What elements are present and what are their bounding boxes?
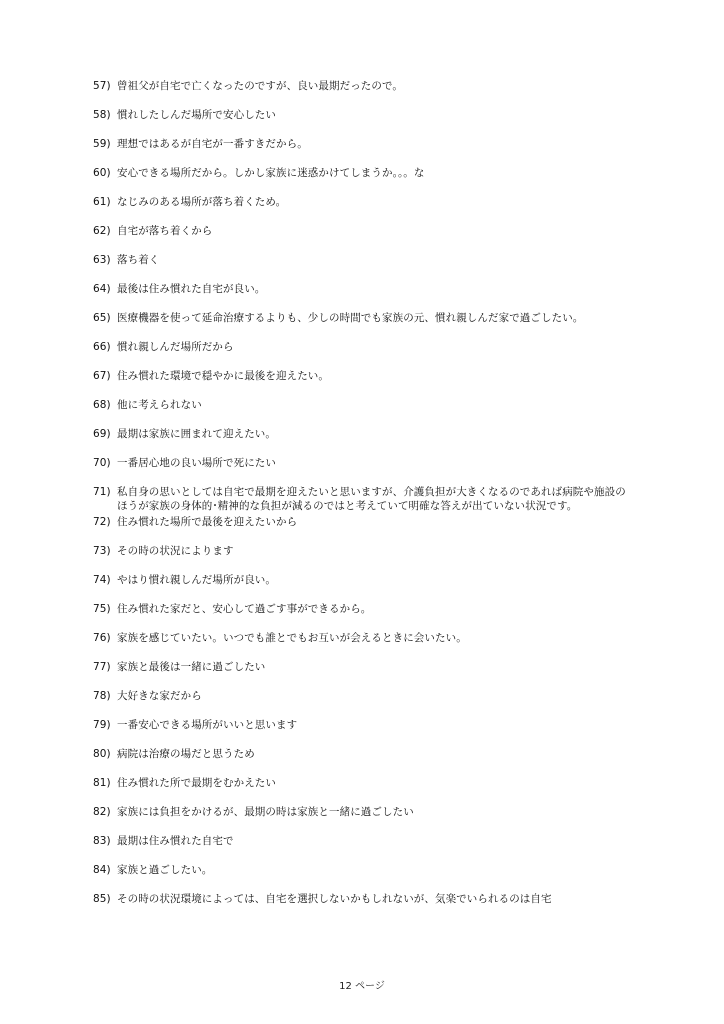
item-number: 59)	[93, 137, 117, 151]
item-text: 最後は住み慣れた自宅が良い。	[117, 282, 633, 296]
item-number: 83)	[93, 834, 117, 848]
item-text: 私自身の思いとしては自宅で最期を迎えたいと思いますが、介護負担が大きくなるのであ…	[117, 485, 633, 513]
list-item: 70)一番居心地の良い場所で死にたい	[93, 456, 633, 470]
list-item: 59)理想ではあるが自宅が一番すきだから。	[93, 137, 633, 151]
list-item: 61)なじみのある場所が落ち着くため。	[93, 195, 633, 209]
item-number: 70)	[93, 456, 117, 470]
item-text: なじみのある場所が落ち着くため。	[117, 195, 633, 209]
item-text: 落ち着く	[117, 253, 633, 267]
list-item: 62)自宅が落ち着くから	[93, 224, 633, 238]
item-number: 68)	[93, 398, 117, 412]
item-text: 一番安心できる場所がいいと思います	[117, 718, 633, 732]
list-item: 68)他に考えられない	[93, 398, 633, 412]
item-text: 他に考えられない	[117, 398, 633, 412]
item-text: 大好きな家だから	[117, 689, 633, 703]
item-number: 64)	[93, 282, 117, 296]
item-number: 63)	[93, 253, 117, 267]
item-number: 71)	[93, 485, 117, 513]
item-number: 77)	[93, 660, 117, 674]
list-item: 64)最後は住み慣れた自宅が良い。	[93, 282, 633, 296]
list-item: 66)慣れ親しんだ場所だから	[93, 340, 633, 354]
item-text: 家族には負担をかけるが、最期の時は家族と一緒に過ごしたい	[117, 805, 633, 819]
list-item: 72)住み慣れた場所で最後を迎えたいから	[93, 515, 633, 529]
list-item: 85)その時の状況環境によっては、自宅を選択しないかもしれないが、気楽でいられる…	[93, 892, 633, 906]
item-number: 80)	[93, 747, 117, 761]
item-text: その時の状況によります	[117, 544, 633, 558]
list-item: 77)家族と最後は一緒に過ごしたい	[93, 660, 633, 674]
list-item: 71)私自身の思いとしては自宅で最期を迎えたいと思いますが、介護負担が大きくなる…	[93, 485, 633, 513]
list-item: 63)落ち着く	[93, 253, 633, 267]
item-number: 60)	[93, 166, 117, 180]
item-number: 79)	[93, 718, 117, 732]
item-number: 57)	[93, 79, 117, 93]
list-item: 65)医療機器を使って延命治療するよりも、少しの時間でも家族の元、慣れ親しんだ家…	[93, 311, 633, 325]
document-page: 57)曾祖父が自宅で亡くなったのですが、良い最期だったので。 58)慣れしたしん…	[0, 0, 724, 1024]
item-text: 病院は治療の場だと思うため	[117, 747, 633, 761]
item-number: 67)	[93, 369, 117, 383]
list-item: 76)家族を感じていたい。いつでも誰とでもお互いが会えるときに会いたい。	[93, 631, 633, 645]
list-item: 79)一番安心できる場所がいいと思います	[93, 718, 633, 732]
item-number: 78)	[93, 689, 117, 703]
list-item: 84)家族と過ごしたい。	[93, 863, 633, 877]
item-text: 住み慣れた場所で最後を迎えたいから	[117, 515, 633, 529]
item-text: 安心できる場所だから。しかし家族に迷惑かけてしまうか。。。な	[117, 166, 633, 180]
item-text: 家族と過ごしたい。	[117, 863, 633, 877]
item-text: 医療機器を使って延命治療するよりも、少しの時間でも家族の元、慣れ親しんだ家で過ご…	[117, 311, 633, 325]
item-text: 住み慣れた家だと、安心して過ごす事ができるから。	[117, 602, 633, 616]
item-number: 74)	[93, 573, 117, 587]
list-item: 81)住み慣れた所で最期をむかえたい	[93, 776, 633, 790]
item-number: 61)	[93, 195, 117, 209]
item-number: 73)	[93, 544, 117, 558]
item-number: 72)	[93, 515, 117, 529]
list-item: 58)慣れしたしんだ場所で安心したい	[93, 108, 633, 122]
item-number: 69)	[93, 427, 117, 441]
item-text: 自宅が落ち着くから	[117, 224, 633, 238]
list-item: 57)曾祖父が自宅で亡くなったのですが、良い最期だったので。	[93, 79, 633, 93]
item-text: その時の状況環境によっては、自宅を選択しないかもしれないが、気楽でいられるのは自…	[117, 892, 633, 906]
list-item: 74)やはり慣れ親しんだ場所が良い。	[93, 573, 633, 587]
item-number: 65)	[93, 311, 117, 325]
item-text: 曾祖父が自宅で亡くなったのですが、良い最期だったので。	[117, 79, 633, 93]
item-text: 一番居心地の良い場所で死にたい	[117, 456, 633, 470]
item-text: 慣れしたしんだ場所で安心したい	[117, 108, 633, 122]
list-item: 67)住み慣れた環境で穏やかに最後を迎えたい。	[93, 369, 633, 383]
list-item: 78)大好きな家だから	[93, 689, 633, 703]
list-item: 83)最期は住み慣れた自宅で	[93, 834, 633, 848]
page-number: 12 ページ	[0, 977, 724, 992]
item-text: 理想ではあるが自宅が一番すきだから。	[117, 137, 633, 151]
item-number: 58)	[93, 108, 117, 122]
item-text: 最期は家族に囲まれて迎えたい。	[117, 427, 633, 441]
list-item: 75)住み慣れた家だと、安心して過ごす事ができるから。	[93, 602, 633, 616]
item-number: 81)	[93, 776, 117, 790]
item-text: 家族と最後は一緒に過ごしたい	[117, 660, 633, 674]
response-list: 57)曾祖父が自宅で亡くなったのですが、良い最期だったので。 58)慣れしたしん…	[93, 79, 633, 921]
item-number: 66)	[93, 340, 117, 354]
item-number: 84)	[93, 863, 117, 877]
item-text: 住み慣れた環境で穏やかに最後を迎えたい。	[117, 369, 633, 383]
list-item: 82)家族には負担をかけるが、最期の時は家族と一緒に過ごしたい	[93, 805, 633, 819]
list-item: 73)その時の状況によります	[93, 544, 633, 558]
item-number: 75)	[93, 602, 117, 616]
item-text: 慣れ親しんだ場所だから	[117, 340, 633, 354]
list-item: 60)安心できる場所だから。しかし家族に迷惑かけてしまうか。。。な	[93, 166, 633, 180]
list-item: 80)病院は治療の場だと思うため	[93, 747, 633, 761]
item-number: 62)	[93, 224, 117, 238]
item-text: 最期は住み慣れた自宅で	[117, 834, 633, 848]
item-text: 家族を感じていたい。いつでも誰とでもお互いが会えるときに会いたい。	[117, 631, 633, 645]
item-text: 住み慣れた所で最期をむかえたい	[117, 776, 633, 790]
item-number: 76)	[93, 631, 117, 645]
item-number: 85)	[93, 892, 117, 906]
item-number: 82)	[93, 805, 117, 819]
list-item: 69)最期は家族に囲まれて迎えたい。	[93, 427, 633, 441]
item-text: やはり慣れ親しんだ場所が良い。	[117, 573, 633, 587]
